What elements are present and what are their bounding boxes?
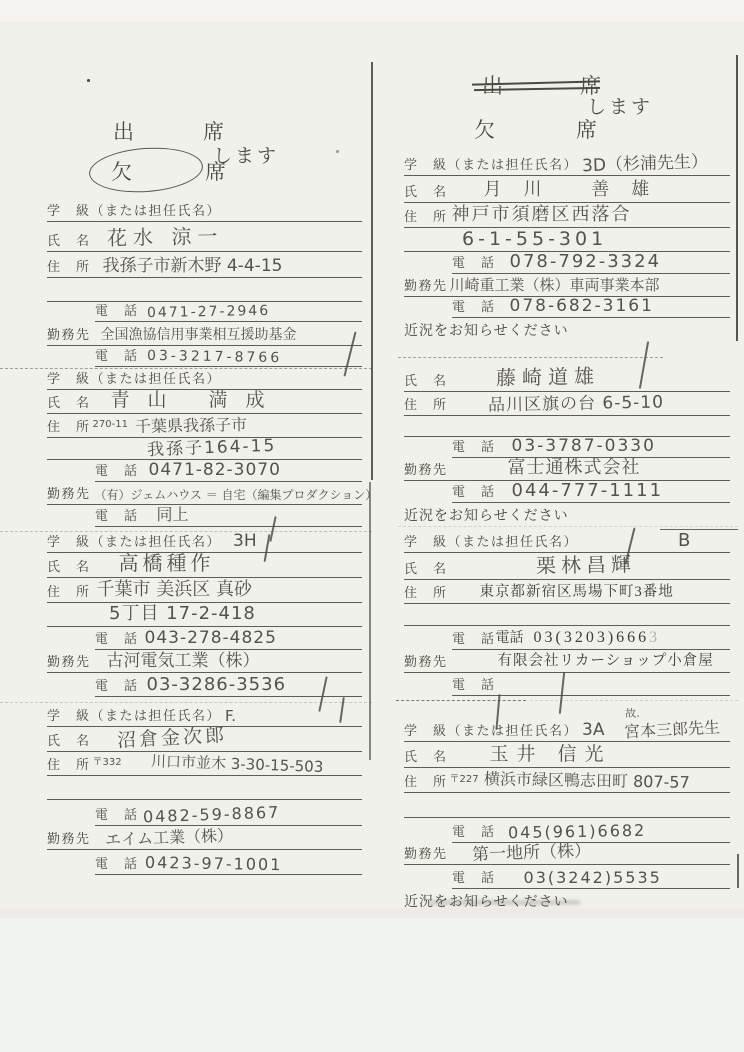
name-value: 青山 満成: [111, 385, 283, 413]
block-separator: [398, 357, 663, 358]
absent-circle-mark: [88, 144, 205, 196]
phone-row: 電 話 078-792-3324: [452, 252, 730, 274]
class-row: 学 級（または担任氏名） 3D（杉浦先生）: [404, 150, 730, 176]
class-label: 学 級（または担任氏名）: [404, 720, 578, 741]
workplace-row: 勤務先 富士通株式会社: [404, 458, 730, 481]
reply-block-takahashi: 学 級（または担任氏名） 3H 氏 名 高橋種作 住 所 千葉市 美浜区 真砂 …: [47, 532, 362, 697]
name-label: 氏 名: [47, 730, 91, 751]
phone-label: 電 話: [452, 481, 496, 502]
scan-artifact-line: [371, 62, 373, 480]
workplace-value: 第一地所（株）: [471, 836, 591, 866]
workplace-label: 勤務先: [404, 275, 448, 296]
phone-label: 電 話: [95, 345, 139, 366]
scan-artifact-line: [737, 854, 739, 888]
workplace-row: 勤務先 エイム工業（株）: [47, 826, 362, 850]
address-label: 住 所: [47, 754, 91, 775]
address-postal: 〒227: [450, 770, 479, 785]
phone-row: 電 話 0471-82-3070: [95, 460, 362, 482]
name-label: 氏 名: [404, 370, 448, 391]
phone-label: 電 話: [452, 436, 496, 457]
work-phone-row: 電 話: [452, 673, 730, 696]
workplace-label: 勤務先: [404, 843, 448, 864]
address-row: 住 所 神戸市須磨区西落合: [404, 203, 730, 228]
phone-value: 0471-82-3070: [149, 460, 281, 481]
address-blank-row: [404, 604, 730, 626]
reply-block-hanamizu: 学 級（または担任氏名） 氏 名 花水 涼一 住 所 我孫子市新木野 4-4-1…: [47, 196, 362, 367]
name-value: 花水 涼一: [106, 220, 223, 252]
phone-label: 電 話: [452, 252, 496, 273]
address-row: 住 所 東京都新宿区馬場下町3番地: [404, 580, 730, 604]
name-row: 氏 名 月川 善雄: [404, 176, 730, 203]
workplace-label: 勤務先: [47, 324, 91, 345]
class-value: 3H: [233, 531, 257, 552]
address-row-2: 我孫子164-15: [47, 438, 362, 460]
address-row: 住 所 〒332 川口市並木 3-30-15-503: [47, 752, 362, 776]
workplace-label: 勤務先: [47, 828, 91, 849]
address-row: 住 所 品川区旗の台 6-5-10: [404, 392, 730, 416]
phone-label: 電 話: [95, 505, 139, 526]
workplace-row: 勤務先 （有）ジェムハウス ＝ 自宅（編集プロダクション）: [47, 482, 362, 505]
reply-block-tamai: 学 級（または担任氏名） 3A 故. 宮本三郎先生 氏 名 玉井 信光 住 所 …: [404, 712, 730, 911]
workplace-label: 勤務先: [404, 651, 448, 672]
scan-dot: [87, 79, 90, 82]
address-label: 住 所: [404, 394, 448, 415]
address-value: 千葉市 美浜区 真砂: [97, 575, 252, 602]
reply-block-fujisaki: 氏 名 藤崎道雄 住 所 品川区旗の台 6-5-10 電 話 03-3787-0…: [404, 362, 730, 525]
phone-row: 電 話 0471-27-2946: [95, 302, 362, 322]
address-label: 住 所: [404, 582, 448, 603]
name-row: 氏 名 花水 涼一: [47, 222, 362, 252]
address-value-2: 我孫子164-15: [147, 431, 277, 461]
address-value: 神戸市須磨区西落合: [452, 200, 632, 227]
name-value: 藤崎道雄: [495, 360, 600, 392]
phone-value: 03(3242)5535: [524, 868, 662, 888]
name-row: 氏 名 沼倉金次郎: [47, 727, 362, 752]
phone-value: 078-682-3161: [510, 296, 654, 317]
name-row: 氏 名 藤崎道雄: [404, 362, 730, 392]
news-row: 近況をお知らせください: [404, 318, 730, 340]
workplace-row: 勤務先 第一地所（株）: [404, 843, 730, 865]
left-form-column: 出 席 します 欠 席 学 級（または担任氏名） 氏 名 花水 涼一 住 所 我…: [47, 0, 362, 1052]
workplace-value: 川崎重工業（株）車両事業本部: [450, 274, 660, 296]
name-label: 氏 名: [47, 556, 91, 577]
name-value: 玉井 信光: [490, 739, 612, 767]
name-value: 高橋種作: [119, 547, 215, 577]
address-blank-row: [47, 278, 362, 302]
class-value: 3A: [582, 720, 604, 741]
workplace-value: 古河電気工業（株）: [107, 646, 260, 672]
class-label: 学 級（または担任氏名）: [404, 154, 578, 175]
phone-value: 03-3217-8766: [146, 348, 281, 367]
workplace-row: 勤務先 有限会社リカーショップ小倉屋: [404, 650, 730, 673]
work-phone-row: 電 話 同上: [95, 505, 362, 527]
address-postal: 270-11: [93, 419, 128, 430]
scan-line-fragment: [660, 529, 738, 530]
news-note: 近況をお知らせください: [404, 315, 569, 340]
phone-label: 電 話: [452, 628, 496, 649]
block-separator: [0, 531, 372, 532]
phone-value: 03(3203)666: [534, 629, 650, 649]
workplace-value: 有限会社リカーショップ小倉屋: [498, 649, 714, 672]
reply-block-kuribayashi: 学 級（または担任氏名） B 氏 名 栗林昌輝 住 所 東京都新宿区馬場下町3番…: [404, 528, 730, 696]
block-separator: [0, 368, 372, 369]
address-value: 東京都新宿区馬場下町3番地: [480, 580, 674, 603]
name-label: 氏 名: [47, 392, 91, 413]
news-row: 近況をお知らせください: [404, 889, 730, 911]
news-row: 近況をお知らせください: [404, 503, 730, 525]
class-value: 3D（杉浦先生）: [582, 147, 709, 177]
name-value: 栗林昌輝: [535, 548, 636, 580]
address-row: 住 所 我孫子市新木野 4-4-15: [47, 252, 362, 278]
block-separator: [396, 700, 526, 701]
phone-row: 電 話 電話 03(3203)666 3: [452, 626, 730, 650]
news-note: 近況をお知らせください: [404, 500, 569, 525]
reply-block-tsukikawa: 学 級（または担任氏名） 3D（杉浦先生） 氏 名 月川 善雄 住 所 神戸市須…: [404, 150, 730, 340]
address-row-2: 5丁目 17-2-418: [47, 603, 362, 627]
name-row: 氏 名 青山 満成: [47, 390, 362, 414]
workplace-label: 勤務先: [404, 459, 448, 480]
phone-label: 電 話: [452, 296, 496, 317]
absent-text: 欠 席: [474, 114, 627, 144]
name-value: 沼倉金次郎: [116, 720, 227, 754]
news-note: 近況をお知らせください: [404, 886, 569, 911]
name-row: 氏 名 玉井 信光: [404, 742, 730, 768]
block-separator: [0, 702, 372, 703]
address-value: 我孫子市新木野 4-4-15: [103, 251, 283, 277]
scan-dot: [336, 150, 339, 153]
teacher-name: 宮本三郎先生: [624, 717, 721, 741]
name-label: 氏 名: [404, 181, 448, 202]
address-label: 住 所: [47, 581, 91, 602]
workplace-label: 勤務先: [47, 483, 91, 504]
phone-label: 電 話: [95, 460, 139, 481]
phone-value: 044-777-1111: [512, 480, 664, 502]
address-row-2: 6-1-55-301: [404, 228, 730, 252]
workplace-value: 全国漁協信用事業相互援助基金: [101, 324, 297, 345]
class-value: B: [678, 530, 690, 552]
phone-value: 0423-97-1001: [144, 853, 282, 875]
address-value-2: 5丁目 17-2-418: [109, 599, 256, 626]
address-postal: 〒332: [93, 753, 122, 768]
phone-value: 同上: [157, 502, 189, 526]
phone-label: 電 話: [95, 853, 139, 874]
workplace-row: 勤務先 古河電気工業（株）: [47, 650, 362, 673]
phone-value: 078-792-3324: [510, 251, 662, 273]
scan-artifact-line: [736, 55, 738, 341]
address-label: 住 所: [404, 771, 448, 792]
class-teacher-value: 故. 宮本三郎先生: [624, 715, 721, 744]
block-separator: [398, 526, 738, 527]
workplace-label: 勤務先: [47, 651, 91, 672]
name-row: 氏 名 栗林昌輝: [404, 553, 730, 580]
name-label: 氏 名: [404, 558, 448, 579]
class-value: F.: [225, 707, 236, 726]
reply-block-aoyama: 学 級（または担任氏名） 氏 名 青山 満成 住 所 270-11 千葉県我孫子…: [47, 368, 362, 527]
scan-artifact-line: [369, 482, 371, 760]
address-value-2: 6-1-55-301: [462, 228, 607, 251]
scanned-reply-form-page: { "labels": { "class": "学 級（または担任氏名）", "…: [0, 0, 744, 1052]
address-label: 住 所: [47, 256, 91, 277]
reply-block-numakura: 学 級（または担任氏名） F. 氏 名 沼倉金次郎 住 所 〒332 川口市並木…: [47, 703, 362, 875]
name-label: 氏 名: [47, 230, 91, 251]
phone-label: 電 話: [95, 300, 139, 321]
class-row: 学 級（または担任氏名）: [47, 196, 362, 222]
phone-value: 03-3286-3536: [147, 674, 287, 696]
phone-label: 電 話: [95, 804, 139, 825]
address-value: 品川区旗の台 6-5-10: [487, 387, 663, 416]
address-label: 住 所: [47, 416, 91, 437]
workplace-row: 勤務先 全国漁協信用事業相互援助基金: [47, 322, 362, 346]
phone-label: 電 話: [452, 867, 496, 888]
address-row: 住 所 〒227 横浜市緑区鴨志田町 807-57: [404, 768, 730, 793]
phone-value: 0471-27-2946: [146, 303, 269, 322]
deceased-note: 故.: [625, 705, 640, 722]
workplace-value: 富士通株式会社: [508, 453, 641, 480]
workplace-value: （有）ジェムハウス ＝ 自宅（編集プロダクション）: [95, 486, 378, 504]
class-label: 学 級（または担任氏名）: [47, 200, 221, 221]
work-phone-row: 電 話 03-3217-8766: [95, 346, 362, 367]
address-value: 川口市並木 3-30-15-503: [150, 750, 323, 778]
name-label: 氏 名: [404, 746, 448, 767]
address-blank-row: [404, 793, 730, 818]
phone-label: 電 話: [95, 675, 139, 696]
work-phone-row: 電 話 0423-97-1001: [95, 850, 362, 875]
phone-label: 電 話: [452, 674, 496, 695]
workplace-value: エイム工業（株）: [104, 823, 233, 851]
name-value: 月川 善雄: [484, 175, 672, 202]
address-blank-row: [47, 776, 362, 800]
workplace-row: 勤務先 川崎重工業（株）車両事業本部: [404, 274, 730, 297]
address-label: 住 所: [404, 206, 448, 227]
phone-value-faint-digit: 3: [649, 629, 657, 649]
address-value: 横浜市緑区鴨志田町 807-57: [483, 766, 689, 794]
class-row: 学 級（または担任氏名） 3A 故. 宮本三郎先生: [404, 712, 730, 742]
phone-label-typed: 電話: [496, 627, 524, 649]
address-blank-row: [404, 416, 730, 437]
